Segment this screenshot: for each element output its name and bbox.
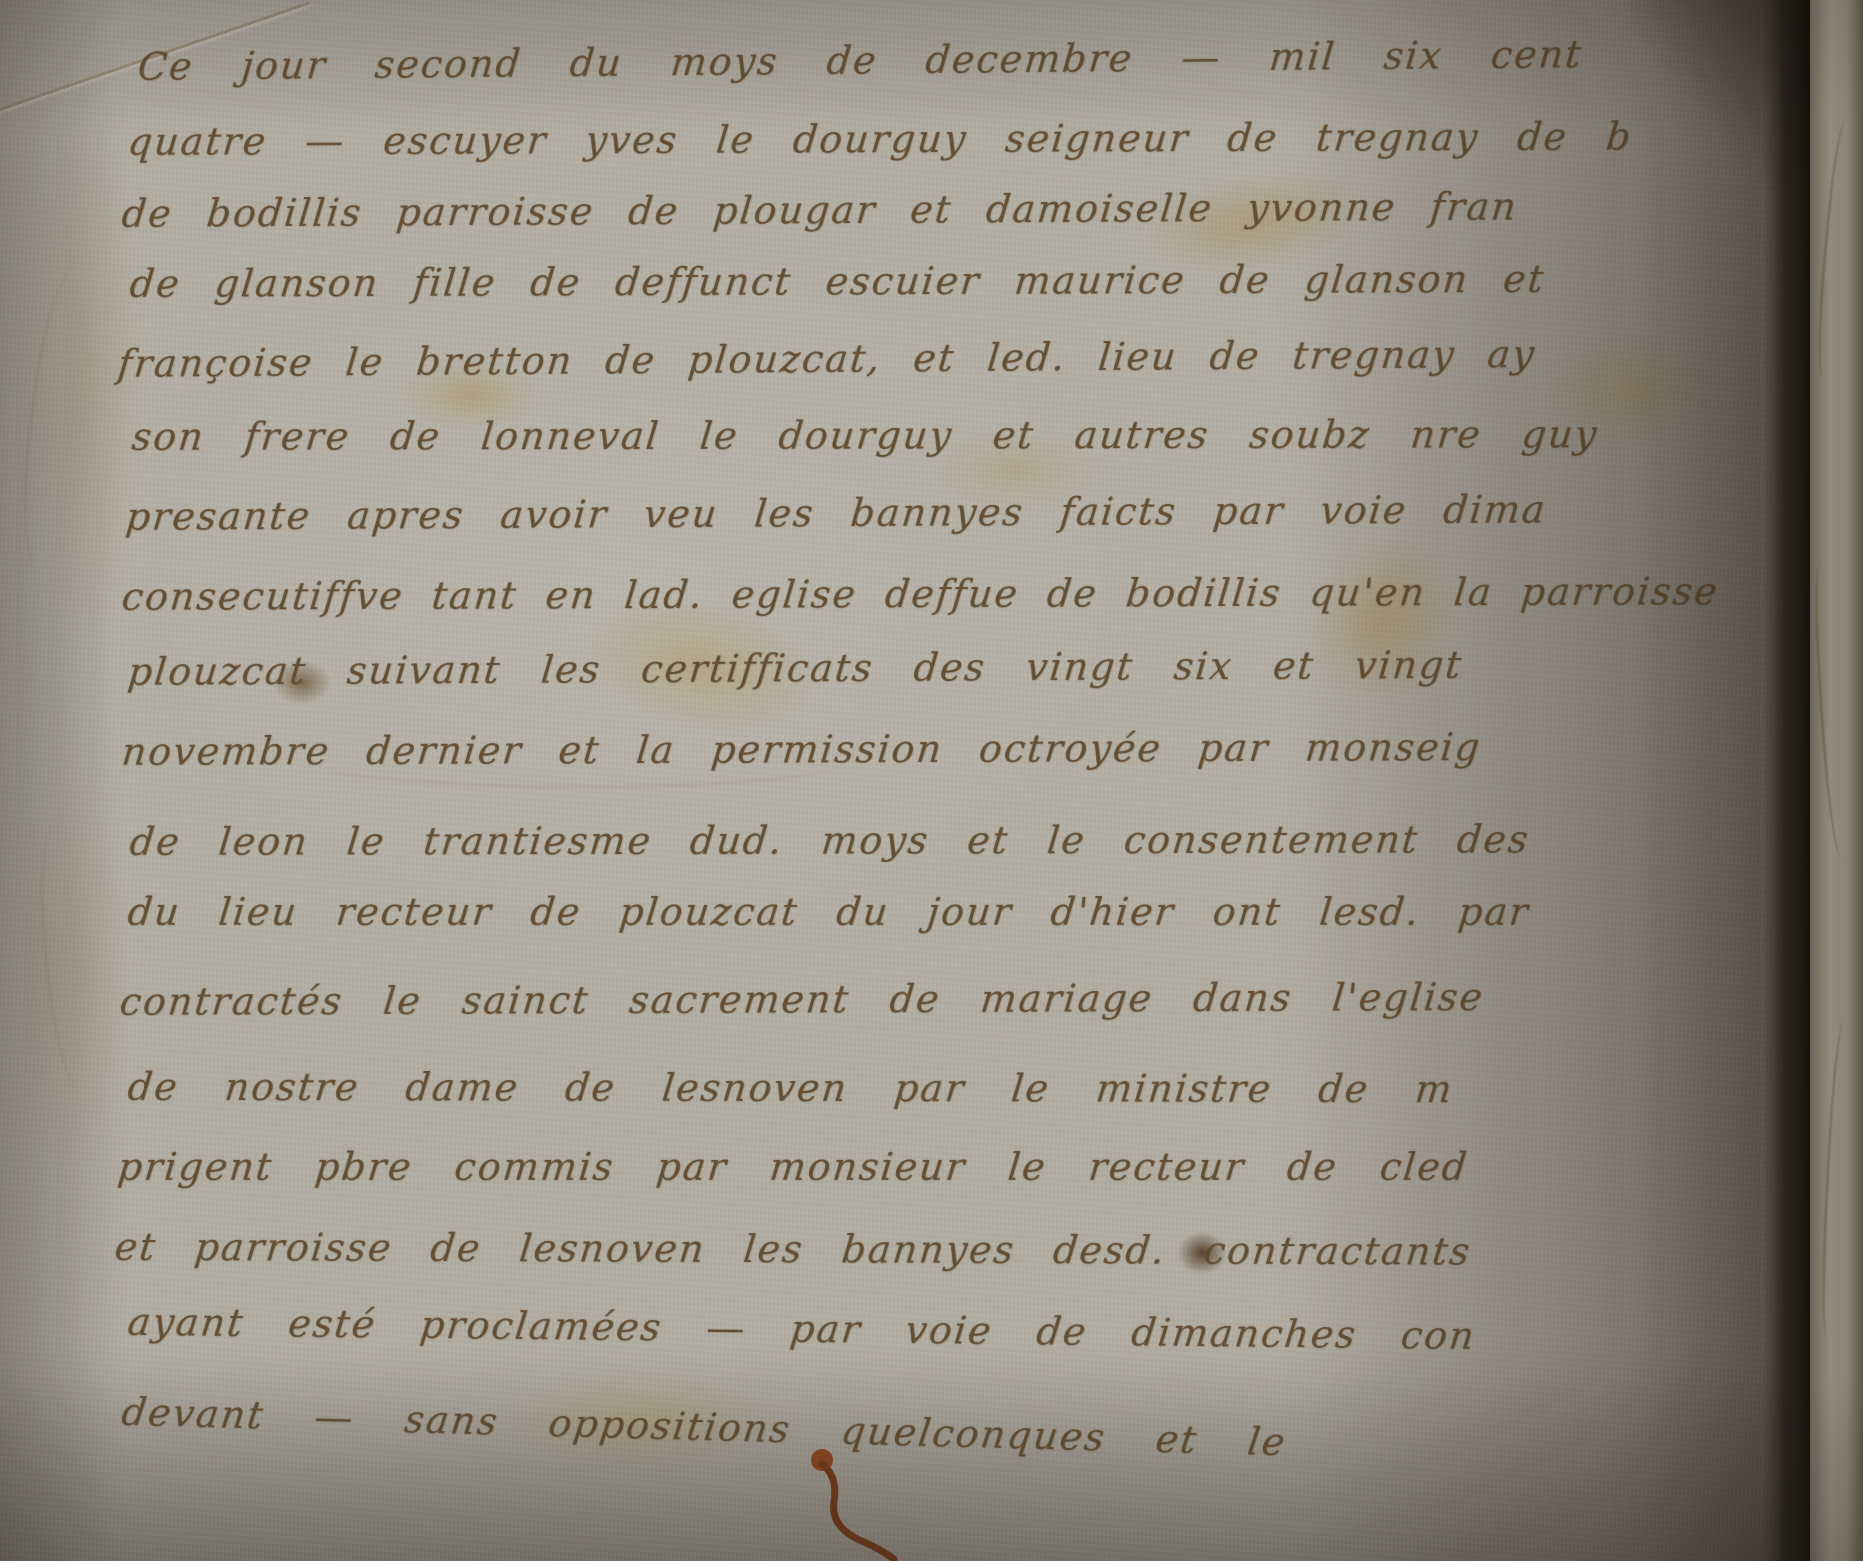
stain [10,760,130,1180]
manuscript-line: de leon le trantiesme dud. moys et le co… [128,818,1532,864]
page-corner-shadow [1630,0,1810,190]
manuscript-line: de nostre dame de lesnoven par le minist… [126,1065,1456,1111]
manuscript-line: du lieu recteur de plouzcat du jour d'hi… [126,890,1532,934]
manuscript-line: françoise le bretton de plouzcat, et led… [116,332,1538,386]
manuscript-line: novembre dernier et la permission octroy… [120,725,1484,774]
manuscript-line: de bodillis parroisse de plougar et damo… [120,185,1520,236]
manuscript-line: Ce jour second du moys de decembre — mil… [136,32,1585,89]
manuscript-line: consecutiffve tant en lad. eglise deffue… [120,569,1721,619]
manuscript-line: presante apres avoir veu les bannyes fai… [124,488,1549,539]
next-page-ink-marks [1810,559,1856,860]
manuscript-line: quatre — escuyer yves le dourguy seigneu… [126,115,1635,164]
manuscript-line: de glanson fille de deffunct escuier mau… [128,257,1548,306]
manuscript-line: et parroisse de lesnoven les bannyes des… [113,1225,1474,1274]
next-page-sliver [1810,0,1863,1561]
plant-stem [770,1446,920,1561]
manuscript-photo: Ce jour second du moys de decembre — mil… [0,0,1863,1561]
manuscript-line: contractés le sainct sacrement de mariag… [118,975,1487,1024]
manuscript-line: prigent pbre commis par monsieur le rect… [116,1145,1471,1189]
page-edge-shadow [1762,0,1810,1561]
manuscript-line: ayant esté proclamées — par voie de dima… [125,1300,1478,1358]
ink-bleed-marks [31,817,123,1102]
stain [1282,508,1489,731]
next-page-ink-marks [1813,119,1859,380]
manuscript-line: devant — sans oppositions quelconques et… [119,1390,1289,1464]
manuscript-line: plouzcat suivant les certifficats des vi… [126,643,1465,694]
manuscript-line: son frere de lonneval le dourguy et autr… [130,412,1601,459]
ink-bleed-marks [11,257,122,584]
next-page-ink-marks [1818,1020,1856,1341]
